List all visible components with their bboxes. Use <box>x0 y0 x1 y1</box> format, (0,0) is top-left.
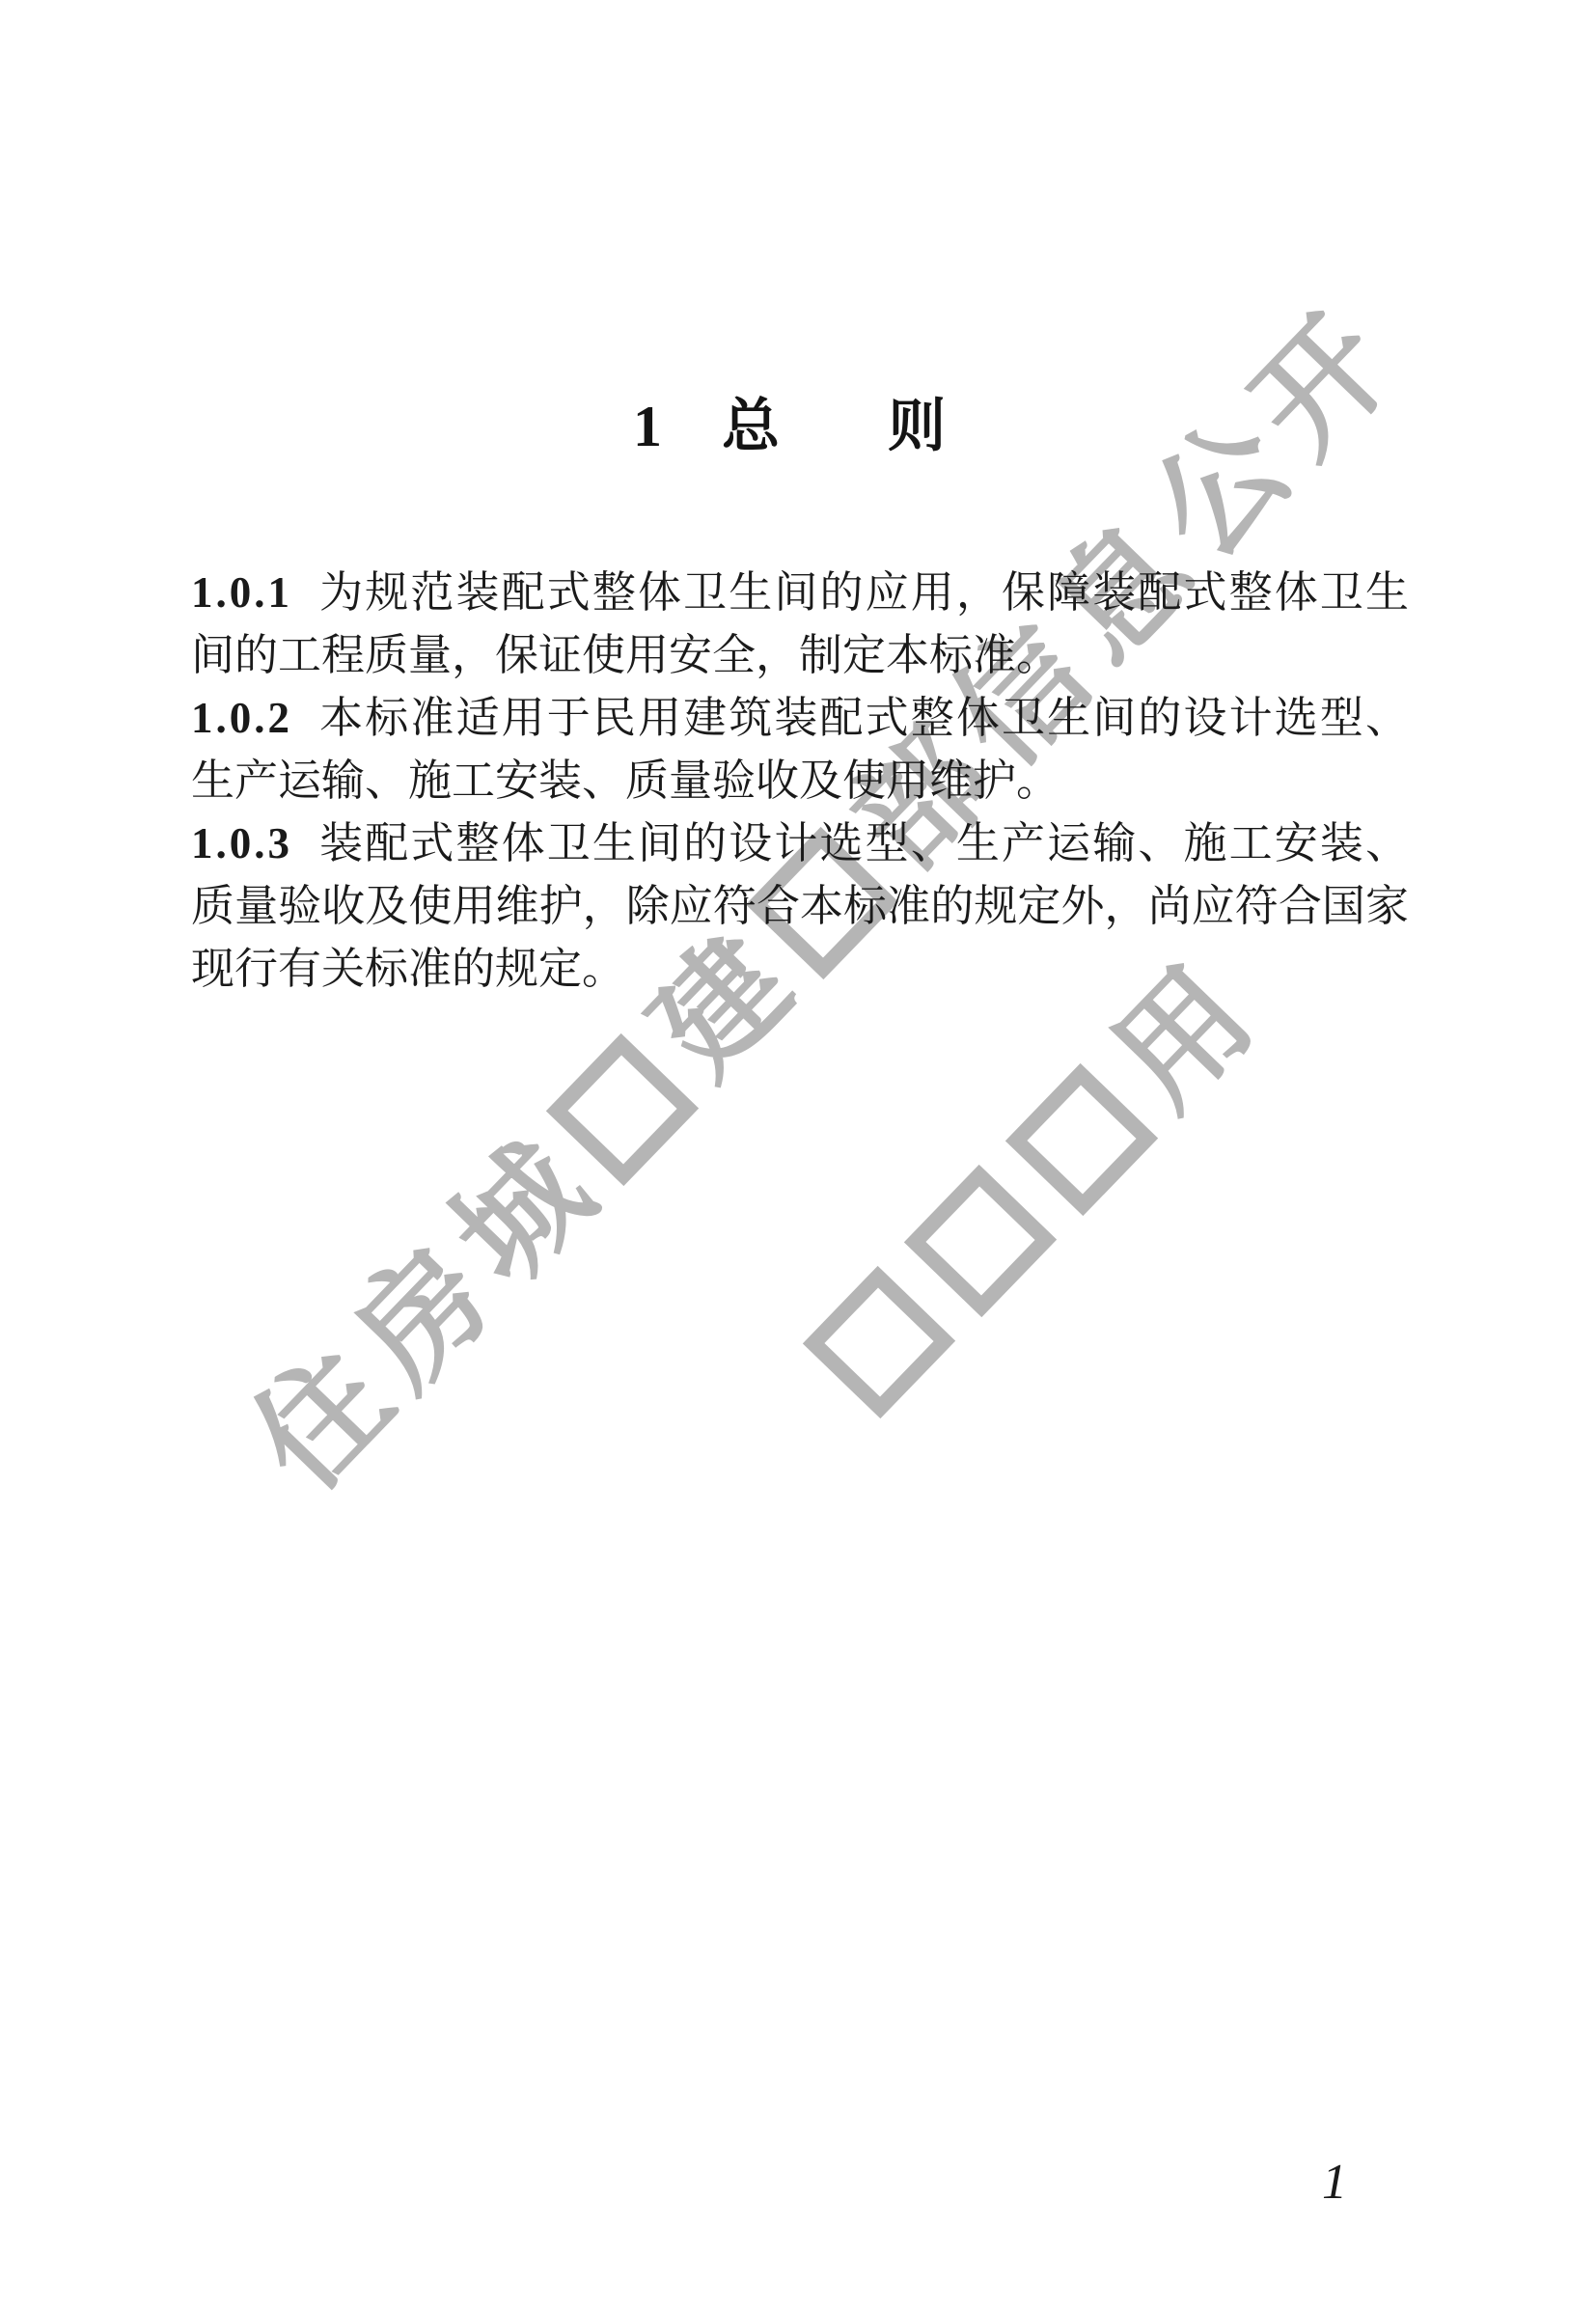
body-line: 1.0.3装配式整体卫生间的设计选型、生产运输、施工安装、 <box>191 812 1409 875</box>
watermark-box-glyph <box>1005 1063 1158 1216</box>
chapter-title: 1 总 则 <box>0 390 1596 467</box>
body-line: 生产运输、施工安装、质量验收及使用维护。 <box>191 750 1409 812</box>
body-line: 间的工程质量，保证使用安全，制定本标准。 <box>191 624 1409 687</box>
chapter-number: 1 <box>633 390 662 463</box>
clause-number: 1.0.3 <box>191 819 292 867</box>
chapter-title-char-1: 总 <box>722 390 780 463</box>
clause-text: 为规范装配式整体卫生间的应用，保障装配式整体卫生 <box>317 568 1409 617</box>
body-line: 现行有关标准的规定。 <box>191 938 1409 1001</box>
watermark-box-glyph <box>803 1266 955 1418</box>
clause-text: 装配式整体卫生间的设计选型、生产运输、施工安装、 <box>317 819 1409 867</box>
watermark-box-glyph <box>546 1033 699 1186</box>
body-line: 1.0.2本标准适用于民用建筑装配式整体卫生间的设计选型、 <box>191 687 1409 750</box>
watermark-box-glyph <box>904 1165 1057 1317</box>
clause-number: 1.0.1 <box>191 568 292 617</box>
body-line: 1.0.1为规范装配式整体卫生间的应用，保障装配式整体卫生 <box>191 562 1409 624</box>
chapter-title-char-2: 则 <box>888 390 946 463</box>
diagonal-watermark: 住房城建部信息公开用 <box>0 0 1596 2311</box>
clause-number: 1.0.2 <box>191 694 292 742</box>
clause-text: 本标准适用于民用建筑装配式整体卫生间的设计选型、 <box>317 694 1409 742</box>
document-page: 住房城建部信息公开用 1 总 则 1.0.1为规范装配式整体卫生间的应用，保障装… <box>0 0 1596 2311</box>
page-number: 1 <box>1322 2158 1347 2208</box>
body-line: 质量验收及使用维护，除应符合本标准的规定外，尚应符合国家 <box>191 875 1409 938</box>
body-text: 1.0.1为规范装配式整体卫生间的应用，保障装配式整体卫生间的工程质量，保证使用… <box>191 562 1409 1001</box>
